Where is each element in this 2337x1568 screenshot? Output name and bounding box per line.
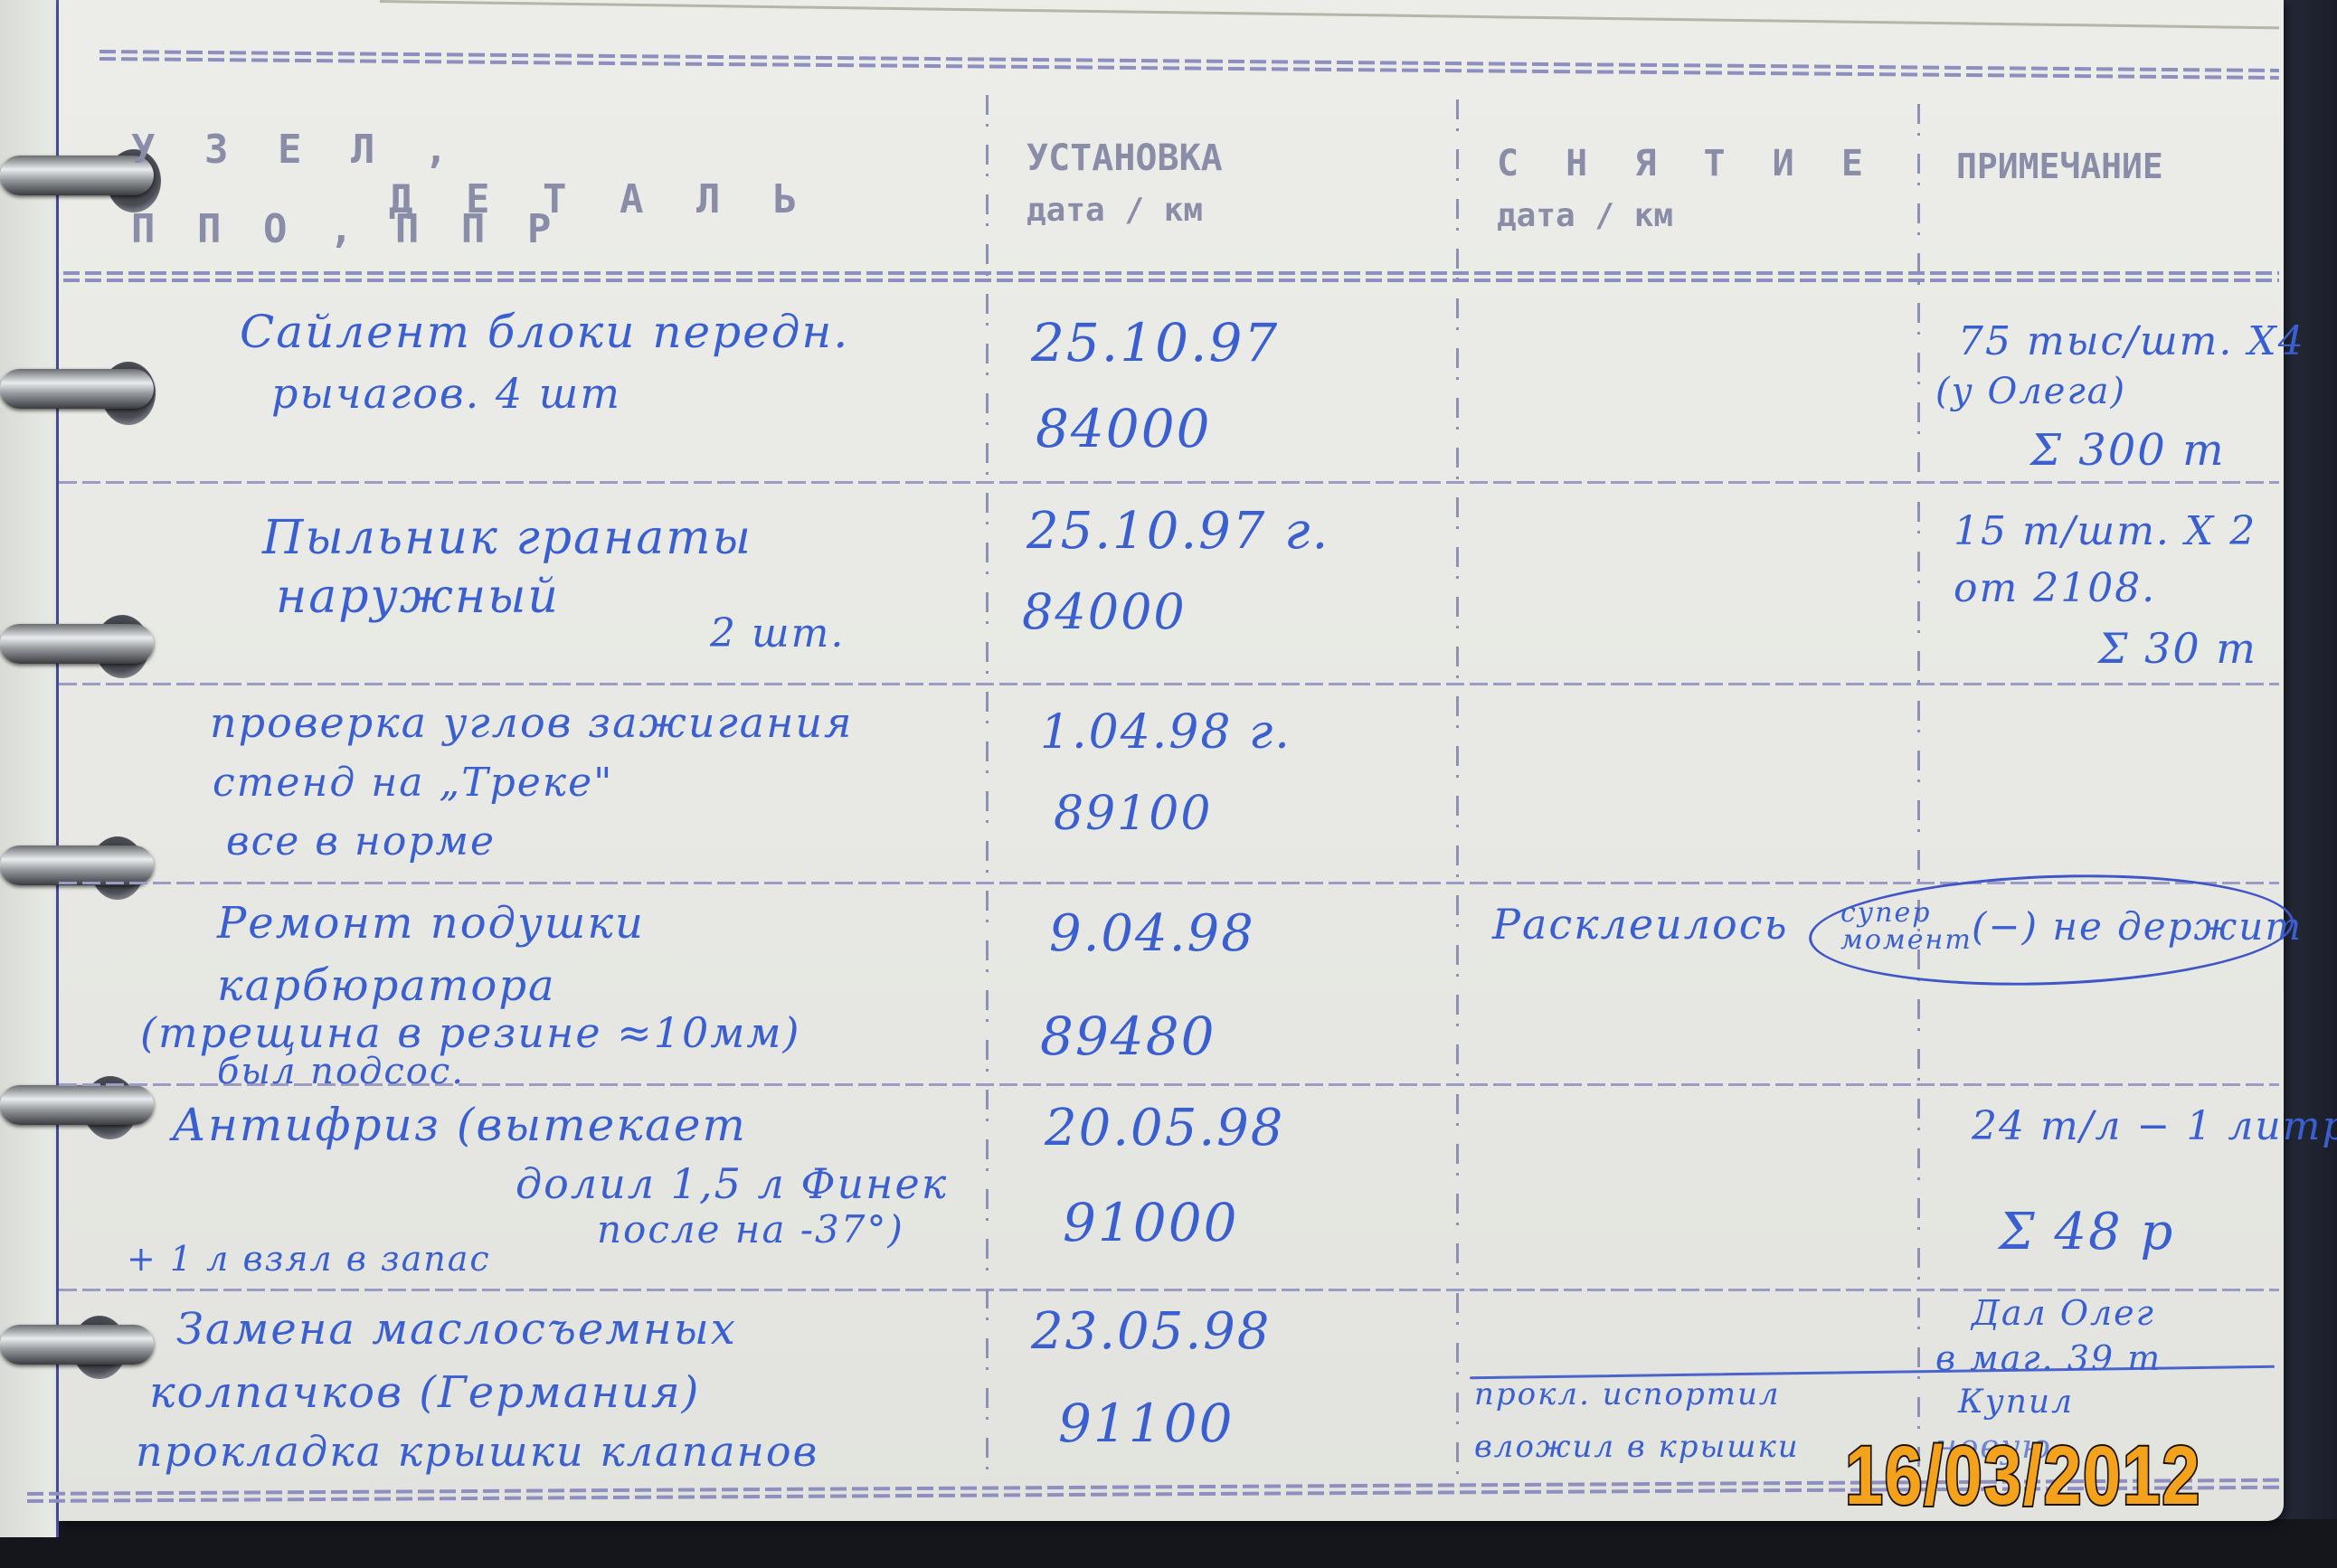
- header-node: У З Е Л ,: [131, 127, 460, 173]
- binder-ring: [0, 845, 154, 885]
- note-total: Σ 30 т: [2098, 624, 2257, 673]
- item-text: после на -37°): [597, 1207, 904, 1252]
- item-text: Антифриз (вытекает: [172, 1099, 747, 1151]
- removal-text: прокл. испортил: [1474, 1376, 1781, 1412]
- binder-ring: [0, 1085, 154, 1125]
- header-bottom-double-rule: [63, 271, 2279, 282]
- install-km: 91100: [1058, 1393, 1235, 1454]
- removal-text: Расклеилось: [1492, 900, 1789, 949]
- item-text: Пыльник гранаты: [262, 511, 752, 565]
- install-km: 84000: [1036, 398, 1212, 459]
- install-date: 23.05.98: [1031, 1302, 1271, 1361]
- note-total: Σ 48 р: [1999, 1203, 2174, 1261]
- note-text: в маг. 39 т: [1935, 1338, 2162, 1378]
- note-text: 75 тыс/шт. X4: [1958, 318, 2305, 364]
- install-date: 25.10.97 г.: [1027, 502, 1329, 561]
- binder-ring: [0, 624, 154, 664]
- install-km: 89480: [1040, 1006, 1216, 1067]
- note-text: Купил: [1958, 1384, 2074, 1421]
- item-text: все в норме: [226, 818, 496, 864]
- item-text: + 1 л взял в запас: [127, 1239, 491, 1279]
- item-text: стенд на „Треке": [213, 760, 613, 806]
- header-install-sub: дата / км: [1027, 192, 1203, 229]
- item-text: (трещина в резине ≈10мм): [140, 1008, 800, 1057]
- row-divider: [59, 1289, 2279, 1291]
- item-text: Ремонт подушки: [217, 898, 645, 949]
- row-divider: [59, 683, 2279, 685]
- binder-ring: [0, 369, 154, 409]
- item-text: прокладка крышки клапанов: [136, 1427, 818, 1476]
- install-date: 1.04.98 г.: [1040, 705, 1291, 760]
- install-km: 91000: [1063, 1192, 1239, 1253]
- install-date: 9.04.98: [1049, 904, 1255, 963]
- background-bottom: [0, 1519, 2337, 1568]
- column-divider-install: [986, 95, 989, 1483]
- item-text: был подсос.: [217, 1051, 465, 1092]
- photo-date-stamp: 16/03/2012: [1845, 1429, 2201, 1524]
- install-date: 20.05.98: [1045, 1099, 1284, 1157]
- install-date: 25.10.97: [1031, 312, 1279, 373]
- column-divider-note: [1917, 104, 1920, 1492]
- item-text: карбюратора: [217, 960, 556, 1011]
- install-km: 84000: [1022, 583, 1187, 640]
- item-text: наружный: [276, 570, 560, 624]
- note-text: супер момент: [1840, 900, 1967, 954]
- note-text: 24 т/л − 1 литр: [1972, 1103, 2337, 1149]
- binder-ring: [0, 1325, 154, 1365]
- item-text: проверка углов зажигания: [210, 698, 854, 747]
- header-removal: С Н Я Т И Е: [1497, 143, 1876, 184]
- note-text: (у Олега): [1935, 371, 2126, 412]
- note-text: Дал Олег: [1972, 1293, 2155, 1333]
- item-text: 2 шт.: [710, 610, 845, 656]
- header-install: УСТАНОВКА: [1027, 137, 1223, 179]
- column-divider-removal: [1456, 99, 1459, 1488]
- item-text: Сайлент блоки передн.: [240, 306, 849, 358]
- removal-text: вложил в крышки: [1474, 1429, 1800, 1465]
- note-text: от 2108.: [1954, 565, 2156, 611]
- header-note: ПРИМЕЧАНИЕ: [1956, 146, 2163, 186]
- header-removal-sub: дата / км: [1497, 197, 1673, 234]
- note-text: (−) не держит: [1972, 904, 2303, 949]
- previous-page-edge: [0, 0, 59, 1537]
- note-total: Σ 300 т: [2030, 425, 2226, 476]
- note-text: 15 т/шт. X 2: [1954, 508, 2257, 554]
- item-text: колпачков (Германия): [149, 1367, 700, 1418]
- row-divider: [59, 481, 2279, 484]
- item-text: рычагов. 4 шт: [271, 369, 621, 418]
- install-km: 89100: [1054, 787, 1212, 841]
- item-text: Замена маслосъемных: [176, 1304, 737, 1355]
- item-text: долил 1,5 л Финек: [516, 1159, 948, 1208]
- header-maintenance: П П О , П П Р: [131, 206, 560, 252]
